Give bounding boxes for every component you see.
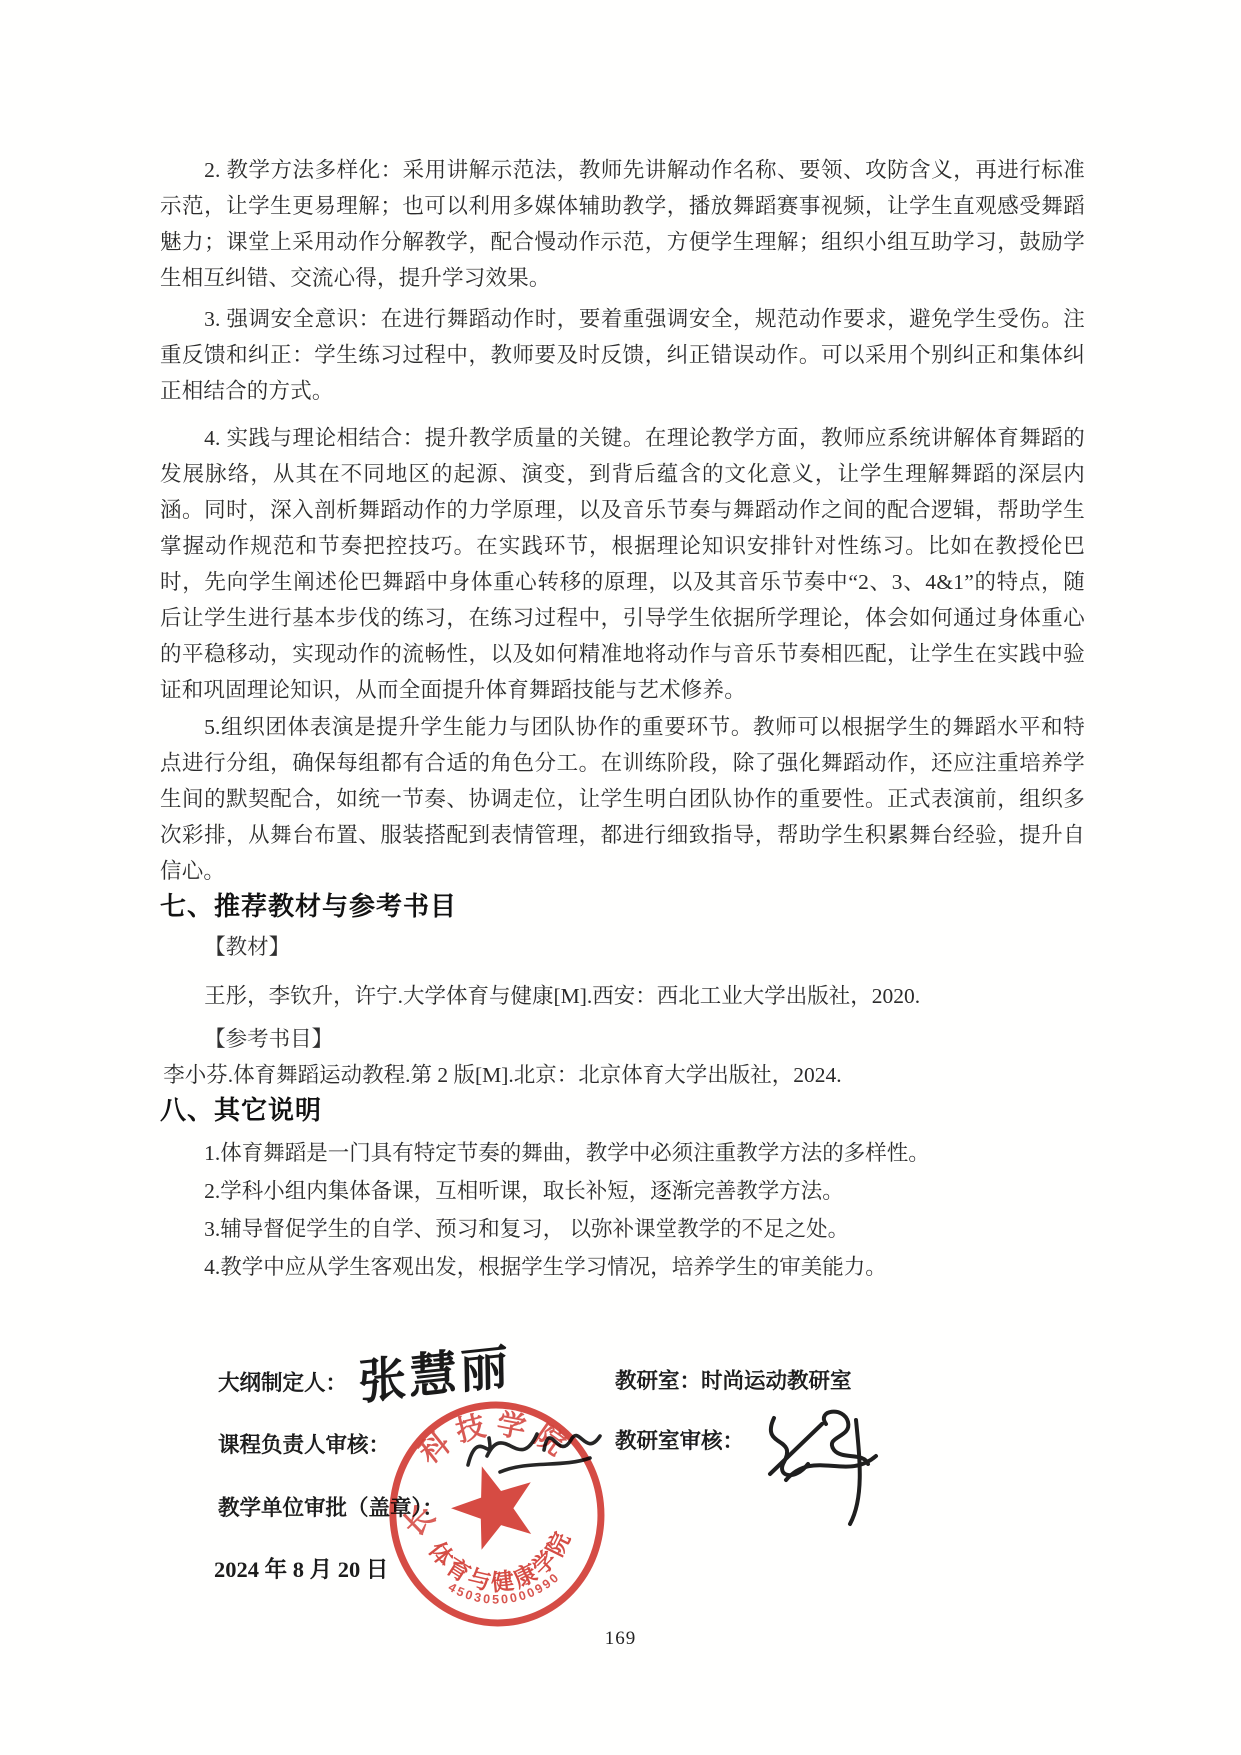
reference-label: 【参考书目】 bbox=[160, 1021, 1085, 1057]
page-number: 169 bbox=[0, 1628, 1241, 1650]
note-item: 1.体育舞蹈是一门具有特定节奏的舞曲，教学中必须注重教学方法的多样性。 bbox=[160, 1135, 1085, 1171]
outline-maker-label: 大纲制定人： bbox=[218, 1366, 347, 1397]
note-item: 3.辅导督促学生的自学、预习和复习， 以弥补课堂教学的不足之处。 bbox=[160, 1211, 1085, 1247]
signature-block: 大纲制定人： 张慧丽 教研室：时尚运动教研室 课程负责人审核： 教研室审核： 教… bbox=[160, 1366, 1085, 1626]
paragraph-teaching-methods: 2. 教学方法多样化：采用讲解示范法，教师先讲解动作名称、要领、攻防含义，再进行… bbox=[160, 152, 1085, 296]
section-heading-textbooks: 七、推荐教材与参考书目 bbox=[160, 889, 1085, 923]
document-page: 2. 教学方法多样化：采用讲解示范法，教师先讲解动作名称、要领、攻防含义，再进行… bbox=[0, 0, 1241, 1755]
note-item: 2.学科小组内集体备课，互相听课，取长补短，逐渐完善教学方法。 bbox=[160, 1173, 1085, 1209]
paragraph-practice-theory: 4. 实践与理论相结合：提升教学质量的关键。在理论教学方面，教师应系统讲解体育舞… bbox=[160, 420, 1085, 708]
textbook-citation: 王彤，李钦升，许宁.大学体育与健康[M].西安：西北工业大学出版社，2020. bbox=[160, 978, 1085, 1014]
note-item: 4.教学中应从学生客观出发，根据学生学习情况，培养学生的审美能力。 bbox=[160, 1249, 1085, 1285]
stamp-side-fragment: 长 bbox=[397, 1499, 442, 1544]
section-heading-other-notes: 八、其它说明 bbox=[160, 1093, 1085, 1127]
paragraph-safety: 3. 强调安全意识：在进行舞蹈动作时，要着重强调安全，规范动作要求，避免学生受伤… bbox=[160, 301, 1085, 409]
course-leader-review-label: 课程负责人审核： bbox=[218, 1428, 390, 1459]
reference-citation: 李小芬.体育舞蹈运动教程.第 2 版[M].北京：北京体育大学出版社，2024. bbox=[160, 1057, 1085, 1093]
teaching-office-label: 教研室：时尚运动教研室 bbox=[615, 1364, 852, 1395]
stamp-top-arc-text: 科技学院 bbox=[410, 1399, 580, 1482]
stamp-bottom-arc-text: 体育与健康学院 bbox=[423, 1523, 582, 1602]
office-review-label: 教研室审核： bbox=[615, 1424, 744, 1455]
textbook-label: 【教材】 bbox=[160, 929, 1085, 965]
document-body: 2. 教学方法多样化：采用讲解示范法，教师先讲解动作名称、要领、攻防含义，再进行… bbox=[160, 0, 1085, 1285]
stamp-star bbox=[447, 1461, 537, 1552]
official-seal-stamp: 长 科技学院 体育与健康学院 4503050000990 bbox=[372, 1385, 622, 1645]
svg-text:科技学院: 科技学院 bbox=[410, 1399, 580, 1482]
paragraph-group-performance: 5.组织团体表演是提升学生能力与团队协作的重要环节。教师可以根据学生的舞蹈水平和… bbox=[160, 709, 1085, 889]
svg-text:体育与健康学院: 体育与健康学院 bbox=[423, 1523, 582, 1602]
office-review-handwritten-signature bbox=[752, 1402, 912, 1532]
approval-date: 2024 年 8 月 20 日 bbox=[214, 1552, 388, 1584]
